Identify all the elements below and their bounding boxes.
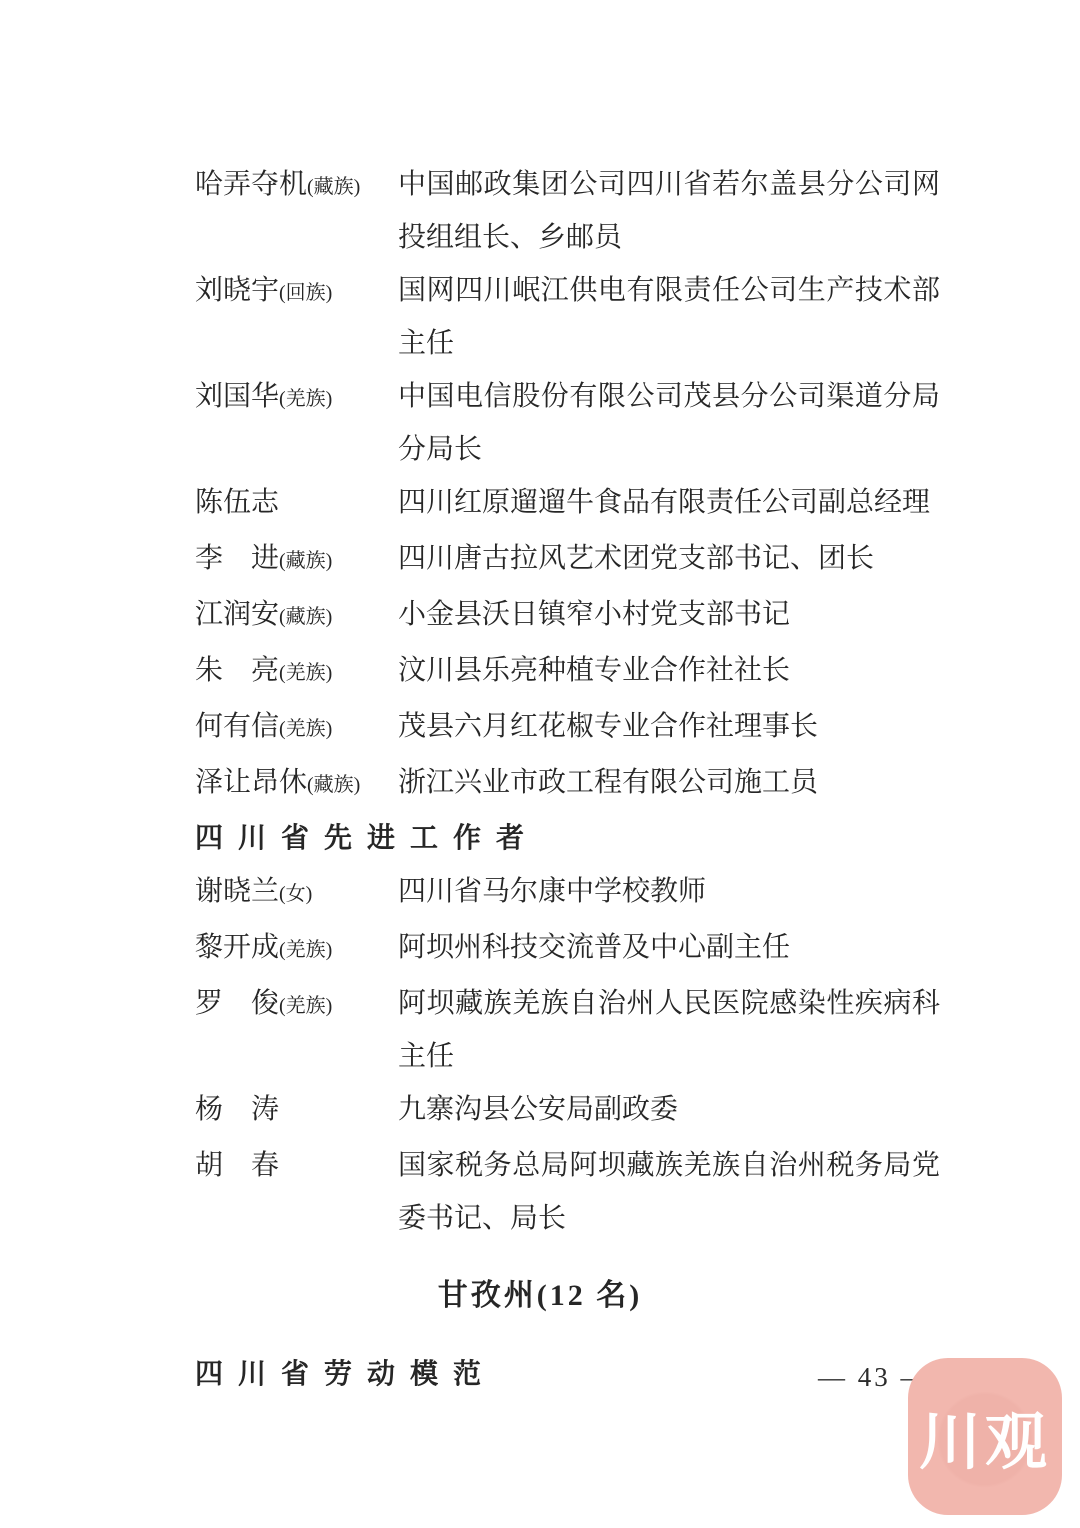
person-name: 刘晓宇(回族) — [195, 264, 398, 370]
person-name: 罗 俊(羌族) — [195, 977, 398, 1083]
person-position: 阿坝州科技交流普及中心副主任 — [398, 921, 940, 977]
name-text: 刘晓宇 — [195, 275, 279, 306]
person-name: 胡 春 — [195, 1139, 398, 1245]
name-text: 胡 春 — [195, 1150, 279, 1181]
watermark-text: 川观 — [919, 1392, 1051, 1481]
person-position: 中国邮政集团公司四川省若尔盖县分公司网投组组长、乡邮员 — [398, 158, 940, 264]
name-text: 何有信 — [195, 711, 279, 742]
ethnic-label: (藏族) — [279, 550, 332, 572]
region-heading-ganzi: 甘孜州(12 名) — [0, 1269, 1080, 1322]
ethnic-label: (藏族) — [307, 774, 360, 796]
name-text: 朱 亮 — [195, 655, 279, 686]
person-position: 浙江兴业市政工程有限公司施工员 — [398, 756, 940, 812]
ethnic-label: (羌族) — [279, 718, 332, 740]
name-text: 谢晓兰 — [195, 876, 279, 907]
list-item: 刘晓宇(回族) 国网四川岷江供电有限责任公司生产技术部主任 — [195, 264, 940, 370]
list-item: 李 进(藏族) 四川唐古拉风艺术团党支部书记、团长 — [195, 532, 940, 588]
list-item: 罗 俊(羌族) 阿坝藏族羌族自治州人民医院感染性疾病科主任 — [195, 977, 940, 1083]
list-item: 朱 亮(羌族) 汶川县乐亮种植专业合作社社长 — [195, 644, 940, 700]
document-body: 哈弄夺机(藏族) 中国邮政集团公司四川省若尔盖县分公司网投组组长、乡邮员 刘晓宇… — [195, 158, 940, 1401]
person-position: 国家税务总局阿坝藏族羌族自治州税务局党委书记、局长 — [398, 1139, 940, 1245]
person-position: 四川唐古拉风艺术团党支部书记、团长 — [398, 532, 940, 588]
name-text: 李 进 — [195, 543, 279, 574]
person-position: 小金县沃日镇窄小村党支部书记 — [398, 588, 940, 644]
person-position: 四川红原遛遛牛食品有限责任公司副总经理 — [398, 476, 940, 532]
name-text: 罗 俊 — [195, 988, 279, 1019]
person-name: 江润安(藏族) — [195, 588, 398, 644]
ethnic-label: (藏族) — [279, 606, 332, 628]
ethnic-label: (藏族) — [307, 176, 360, 198]
person-position: 中国电信股份有限公司茂县分公司渠道分局分局长 — [398, 370, 940, 476]
person-name: 朱 亮(羌族) — [195, 644, 398, 700]
list-item: 泽让昂休(藏族) 浙江兴业市政工程有限公司施工员 — [195, 756, 940, 812]
person-position: 九寨沟县公安局副政委 — [398, 1083, 940, 1139]
person-position: 阿坝藏族羌族自治州人民医院感染性疾病科主任 — [398, 977, 940, 1083]
list-item: 杨 涛 九寨沟县公安局副政委 — [195, 1083, 940, 1139]
list-item: 何有信(羌族) 茂县六月红花椒专业合作社理事长 — [195, 700, 940, 756]
list-item: 黎开成(羌族) 阿坝州科技交流普及中心副主任 — [195, 921, 940, 977]
list-item: 江润安(藏族) 小金县沃日镇窄小村党支部书记 — [195, 588, 940, 644]
list-item: 刘国华(羌族) 中国电信股份有限公司茂县分公司渠道分局分局长 — [195, 370, 940, 476]
person-name: 哈弄夺机(藏族) — [195, 158, 398, 264]
person-position: 国网四川岷江供电有限责任公司生产技术部主任 — [398, 264, 940, 370]
person-name: 陈伍志 — [195, 476, 398, 532]
person-name: 刘国华(羌族) — [195, 370, 398, 476]
ethnic-label: (回族) — [279, 282, 332, 304]
person-name: 谢晓兰(女) — [195, 865, 398, 921]
person-name: 泽让昂休(藏族) — [195, 756, 398, 812]
name-text: 哈弄夺机 — [195, 169, 307, 200]
person-position: 四川省马尔康中学校教师 — [398, 865, 940, 921]
name-text: 黎开成 — [195, 932, 279, 963]
list-item: 陈伍志 四川红原遛遛牛食品有限责任公司副总经理 — [195, 476, 940, 532]
chuanguan-news-watermark-logo: 川观 — [908, 1358, 1062, 1515]
name-text: 泽让昂休 — [195, 767, 307, 798]
list-item: 谢晓兰(女) 四川省马尔康中学校教师 — [195, 865, 940, 921]
person-name: 杨 涛 — [195, 1083, 398, 1139]
list-item: 胡 春 国家税务总局阿坝藏族羌族自治州税务局党委书记、局长 — [195, 1139, 940, 1245]
name-text: 杨 涛 — [195, 1094, 279, 1125]
section-header-advanced-workers: 四川省先进工作者 — [195, 812, 940, 865]
person-name: 黎开成(羌族) — [195, 921, 398, 977]
person-position: 汶川县乐亮种植专业合作社社长 — [398, 644, 940, 700]
person-name: 李 进(藏族) — [195, 532, 398, 588]
ethnic-label: (羌族) — [279, 939, 332, 961]
person-position: 茂县六月红花椒专业合作社理事长 — [398, 700, 940, 756]
ethnic-label: (羌族) — [279, 662, 332, 684]
ethnic-label: (女) — [279, 883, 312, 905]
list-item: 哈弄夺机(藏族) 中国邮政集团公司四川省若尔盖县分公司网投组组长、乡邮员 — [195, 158, 940, 264]
ethnic-label: (羌族) — [279, 995, 332, 1017]
person-name: 何有信(羌族) — [195, 700, 398, 756]
name-text: 刘国华 — [195, 381, 279, 412]
name-text: 江润安 — [195, 599, 279, 630]
name-text: 陈伍志 — [195, 487, 279, 518]
ethnic-label: (羌族) — [279, 388, 332, 410]
